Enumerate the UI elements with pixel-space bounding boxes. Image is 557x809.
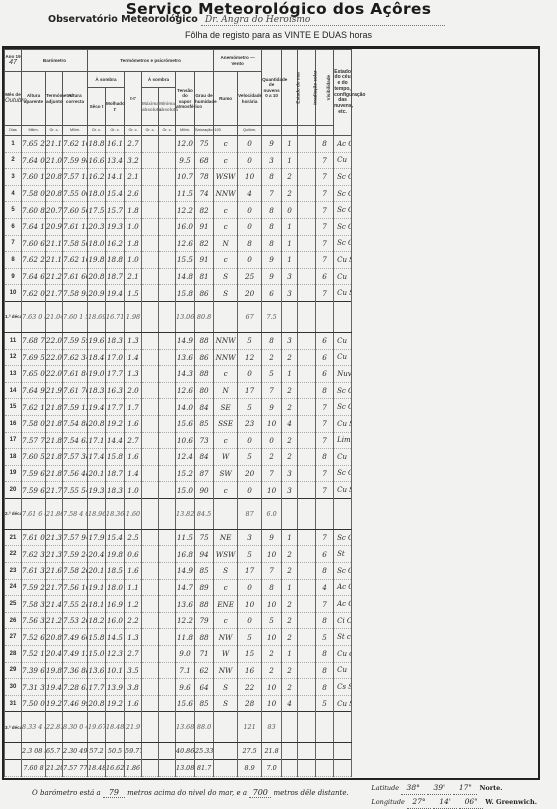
rumo-cell: W <box>214 449 238 466</box>
nuv-cell: 8 <box>262 579 282 596</box>
estado-ceu-header: Estado do céu e do tempo, configuração d… <box>334 50 352 136</box>
irr-cell <box>298 382 316 399</box>
tensao-cell: 12.2 <box>176 612 195 629</box>
sky-remarks-cell: Ac Cu <box>334 596 352 613</box>
alt-cor-cell: 7.58 56 <box>63 235 88 252</box>
sky-remarks-cell: Cu <box>334 268 352 285</box>
observatory-label: Observatório Meteorológico <box>48 14 198 25</box>
day-cell: 10 <box>5 285 22 302</box>
molhado-header: Molhado t' <box>106 88 125 126</box>
sky-remarks-cell: Limpo <box>334 432 352 449</box>
vis-cell: 7 <box>316 415 334 432</box>
tensao-cell: 7.1 <box>176 662 195 679</box>
hum-cell: 91 <box>195 218 214 235</box>
day-cell: 20 <box>5 482 22 499</box>
seco-cell: 18.4 <box>88 349 106 366</box>
empty-cell <box>316 301 334 332</box>
rumo-cell: NW <box>214 662 238 679</box>
empty-cell <box>142 252 159 269</box>
hum-cell: 79 <box>195 612 214 629</box>
mar-cell: 2 <box>282 563 298 580</box>
molh-cell: 10.1 <box>106 662 125 679</box>
empty-cell <box>142 465 159 482</box>
summary-molh: 18.36 <box>106 498 125 529</box>
molh-cell: 19.3 <box>106 218 125 235</box>
humidade-header: Grau de humidade <box>195 72 214 126</box>
term-cell: 19.4 <box>46 679 63 696</box>
tensao-cell: 10.6 <box>176 432 195 449</box>
rumo-cell: NNW <box>214 332 238 349</box>
empty-cell <box>142 152 159 169</box>
alt-ap-cell: 7.64 90 <box>22 382 46 399</box>
nuv-cell: 9 <box>262 399 282 416</box>
vis-cell: 8 <box>316 563 334 580</box>
table-row: 77.60 6021.17.58 5618.016.21.812.682N881… <box>5 235 538 252</box>
summary-label: 1.ª década <box>5 301 22 332</box>
rumo-cell: S <box>214 563 238 580</box>
empty-cell <box>159 136 176 153</box>
sky-remarks-cell: Cu <box>334 349 352 366</box>
vis-cell: 8 <box>316 679 334 696</box>
empty-cell <box>142 268 159 285</box>
summary-vel: 67 <box>238 301 262 332</box>
seco-cell: 17.4 <box>88 449 106 466</box>
alt-ap-cell: 7.58 00 <box>22 185 46 202</box>
irr-cell <box>298 432 316 449</box>
nuv-cell: 10 <box>262 482 282 499</box>
rumo-cell: c <box>214 579 238 596</box>
table-row: 197.59 6021.87.56 4820.118.71.415.287SW2… <box>5 465 538 482</box>
estado-mar-label: Estado do mar <box>295 72 300 104</box>
term-cell: 21.1 <box>46 136 63 153</box>
irr-cell <box>298 235 316 252</box>
vel-cell: 25 <box>238 268 262 285</box>
nuv-cell: 8 <box>262 202 282 219</box>
empty-cell <box>159 579 176 596</box>
molh-cell: 14.5 <box>106 629 125 646</box>
vis-cell: 7 <box>316 432 334 449</box>
empty-cell <box>334 301 352 332</box>
vis-cell: 7 <box>316 465 334 482</box>
day-cell: 6 <box>5 218 22 235</box>
seco-cell: 20.1 <box>88 563 106 580</box>
day-cell: 24 <box>5 579 22 596</box>
alt-ap-cell: 7.59 65 <box>22 482 46 499</box>
empty-cell <box>159 268 176 285</box>
table-row: 177.57 7521.87.54 6317.114.42.710.673c00… <box>5 432 538 449</box>
rumo-cell: SW <box>214 465 238 482</box>
summary-vel: 27.5 <box>238 743 262 760</box>
sky-remarks-cell: Sc Cu <box>334 235 352 252</box>
tensao-cell: 9.6 <box>176 679 195 696</box>
sky-remarks-cell: Sc Cu <box>334 382 352 399</box>
empty-cell <box>142 285 159 302</box>
barometer-text-2: metros acima do nivel do mar, e a <box>127 789 247 797</box>
vis-cell: 7 <box>316 596 334 613</box>
summary-term: 21.86 <box>46 498 63 529</box>
nuv-cell: 0 <box>262 432 282 449</box>
hum-cell: 81 <box>195 268 214 285</box>
sky-remarks-cell: Cu St chuva leve intermitente na 1.ª hor… <box>334 415 352 432</box>
summary-diff: 21.9 <box>125 712 142 743</box>
empty-cell <box>142 612 159 629</box>
empty-cell <box>159 285 176 302</box>
nuv-cell: 7 <box>262 563 282 580</box>
summary-tensao: 13.68 <box>176 712 195 743</box>
empty-cell <box>142 498 159 529</box>
a-sombra-header-2: À sombra <box>142 72 176 88</box>
sky-remarks-cell: Sc Cu <box>334 529 352 546</box>
term-cell: 21.3 <box>46 546 63 563</box>
alt-ap-cell: 7.50 05 <box>22 695 46 712</box>
empty-cell <box>159 529 176 546</box>
vis-cell: 7 <box>316 152 334 169</box>
empty-cell <box>159 546 176 563</box>
vel-cell: 17 <box>238 382 262 399</box>
empty-cell <box>214 760 238 777</box>
vel-cell: 0 <box>238 152 262 169</box>
diff-header: t-t' <box>125 72 142 126</box>
term-cell: 20.8 <box>46 185 63 202</box>
mar-cell: 1 <box>282 252 298 269</box>
empty-cell <box>334 743 352 760</box>
observation-rows: 17.65 2021.17.62 1618.816.12.712.075c091… <box>5 136 538 777</box>
alt-correcta-header: Altura correcta <box>63 72 88 126</box>
day-cell: 2 <box>5 152 22 169</box>
mar-cell: 1 <box>282 366 298 383</box>
irr-cell <box>298 332 316 349</box>
sky-remarks-cell: Cu St chuva leve intermitente depois das… <box>334 252 352 269</box>
hum-cell: 82 <box>195 202 214 219</box>
empty-cell <box>159 646 176 663</box>
table-row: 117.68 7522.07.59 5919.618.31.314.988NNW… <box>5 332 538 349</box>
year-header: Ano 1947 <box>5 50 22 72</box>
rumo-cell: SE <box>214 399 238 416</box>
irr-cell <box>298 415 316 432</box>
unit <box>316 126 334 136</box>
empty-cell <box>142 399 159 416</box>
molh-cell: 18.3 <box>106 332 125 349</box>
visibilidade-label: Visibilidade <box>326 75 331 100</box>
summary-label <box>5 743 22 760</box>
decade-summary-row: 1.ª década7.63 0 8521.047.60 1 5918.6916… <box>5 301 538 332</box>
vel-cell: 0 <box>238 366 262 383</box>
nuv-cell: 8 <box>262 332 282 349</box>
hum-cell: 87 <box>195 465 214 482</box>
empty-cell <box>298 743 316 760</box>
rumo-cell: S <box>214 679 238 696</box>
vel-cell: 20 <box>238 465 262 482</box>
mar-cell: 3 <box>282 465 298 482</box>
alt-ap-cell: 7.61 00 <box>22 529 46 546</box>
mar-cell: 4 <box>282 695 298 712</box>
summary-hum: 81.7 <box>195 760 214 777</box>
irradiacao-label: Irradiação solar <box>313 70 318 104</box>
tensao-header: Tensão do vapor atmosférico <box>176 72 195 126</box>
unit: Milím. <box>63 126 88 136</box>
tensao-cell: 15.0 <box>176 482 195 499</box>
empty-cell <box>159 218 176 235</box>
alt-ap-cell: 7.64 60 <box>22 268 46 285</box>
vel-cell: 16 <box>238 662 262 679</box>
empty-cell <box>298 498 316 529</box>
rumo-cell: WSW <box>214 169 238 186</box>
rumo-cell: S <box>214 695 238 712</box>
mar-cell: 2 <box>282 679 298 696</box>
summary-alt-cor: 7.57 77 <box>63 760 88 777</box>
summary-hum: 25.33 <box>195 743 214 760</box>
summary-nuv: 21.8 <box>262 743 282 760</box>
vis-cell: 7 <box>316 482 334 499</box>
table-row: 97.64 6021.27.61 6020.818.72.114.881S259… <box>5 268 538 285</box>
summary-tensao: 40.86 <box>176 743 195 760</box>
diff-cell: 1.3 <box>125 366 142 383</box>
tensao-cell: 15.2 <box>176 465 195 482</box>
alt-cor-cell: 7.58 26 <box>63 563 88 580</box>
tensao-cell: 14.0 <box>176 399 195 416</box>
molh-cell: 13.4 <box>106 152 125 169</box>
sky-remarks-cell: Cu St chuva leve intermitente com exalaç… <box>334 482 352 499</box>
alt-ap-cell: 7.52 65 <box>22 629 46 646</box>
vis-cell: 6 <box>316 332 334 349</box>
alt-cor-cell: 7.60 56 <box>63 202 88 219</box>
seco-cell: 18.0 <box>88 235 106 252</box>
empty-cell <box>159 399 176 416</box>
table-row: 67.64 1520.97.61 1320.319.31.016.091c081… <box>5 218 538 235</box>
unit: Gr. c. <box>125 126 142 136</box>
vis-cell: 8 <box>316 449 334 466</box>
seco-cell: 20.3 <box>88 218 106 235</box>
summary-diff: 1.86 <box>125 760 142 777</box>
sheet-subtitle: Fôlha de registo para as VINTE E DUAS ho… <box>0 30 557 40</box>
empty-cell <box>142 349 159 366</box>
table-row: 247.59 2021.77.56 1019.118.01.114.789c08… <box>5 579 538 596</box>
summary-molh: 16.71 <box>106 301 125 332</box>
vis-cell: 8 <box>316 382 334 399</box>
day-cell: 1 <box>5 136 22 153</box>
empty-cell <box>334 760 352 777</box>
empty-cell <box>142 366 159 383</box>
table-row: 107.62 0521.77.58 9520.919.41.515.886S20… <box>5 285 538 302</box>
units-row: Dias Milím. Gr. c. Milím. Gr. c. Gr. c. … <box>5 126 538 136</box>
rumo-cell: c <box>214 252 238 269</box>
barometer-note: O barómetro está a 79 metros acima do ni… <box>32 788 349 798</box>
term-cell: 21.0 <box>46 152 63 169</box>
seco-cell: 20.4 <box>88 546 106 563</box>
day-cell: 12 <box>5 349 22 366</box>
molh-cell: 13.9 <box>106 679 125 696</box>
alt-ap-cell: 7.58 00 <box>22 415 46 432</box>
summary-alt-cor: 7.60 1 59 <box>63 301 88 332</box>
vel-cell: 17 <box>238 563 262 580</box>
term-cell: 21.8 <box>46 449 63 466</box>
molh-cell: 18.5 <box>106 563 125 580</box>
summary-diff: 1.60 <box>125 498 142 529</box>
day-cell: 9 <box>5 268 22 285</box>
nuv-cell: 10 <box>262 415 282 432</box>
estado-mar-header: Estado do mar <box>282 50 298 126</box>
diff-cell: 2.7 <box>125 136 142 153</box>
empty-cell <box>159 152 176 169</box>
table-row: 57.60 8520.77.60 5617.515.71.812.282c080… <box>5 202 538 219</box>
diff-cell: 0.6 <box>125 546 142 563</box>
mar-cell: 2 <box>282 432 298 449</box>
empty-cell <box>298 301 316 332</box>
irr-cell <box>298 662 316 679</box>
hum-cell: 94 <box>195 546 214 563</box>
sky-remarks-cell: Cu <box>334 332 352 349</box>
alt-ap-cell: 7.61 35 <box>22 563 46 580</box>
alt-cor-cell: 7.56 48 <box>63 465 88 482</box>
table-row: 237.61 3521.67.58 2620.118.51.614.985S17… <box>5 563 538 580</box>
day-cell: 25 <box>5 596 22 613</box>
empty-cell <box>142 563 159 580</box>
empty-cell <box>142 662 159 679</box>
term-cell: 21.7 <box>46 285 63 302</box>
term-cell: 20.8 <box>46 169 63 186</box>
vel-cell: 10 <box>238 596 262 613</box>
sky-remarks-cell: Sc Cu <box>334 185 352 202</box>
hum-cell: 74 <box>195 185 214 202</box>
rumo-cell: c <box>214 432 238 449</box>
nuv-cell: 8 <box>262 218 282 235</box>
vel-cell: 0 <box>238 218 262 235</box>
vel-cell: 0 <box>238 482 262 499</box>
table-row: 287.52 1520.47.49 1215.012.32.79.071W152… <box>5 646 538 663</box>
sky-remarks-cell: Ac Cu chuviscos fracos de chuva <box>334 136 352 153</box>
mar-cell: 1 <box>282 218 298 235</box>
nuv-cell: 2 <box>262 449 282 466</box>
nuvens-header: Quantidade de nuvens 0 a 10 <box>262 50 282 126</box>
molh-cell: 19.8 <box>106 546 125 563</box>
term-cell: 19.2 <box>46 695 63 712</box>
seco-cell: 13.6 <box>88 662 106 679</box>
table-row: 257.58 3521.47.55 2818.116.91.213.688ENE… <box>5 596 538 613</box>
term-cell: 21.9 <box>46 382 63 399</box>
year-value: 47 <box>9 59 17 66</box>
unit: Gr. c. <box>106 126 125 136</box>
alt-cor-cell: 7.62 34 <box>63 349 88 366</box>
vel-cell: 15 <box>238 646 262 663</box>
molh-cell: 16.2 <box>106 235 125 252</box>
empty-cell <box>159 252 176 269</box>
irr-cell <box>298 629 316 646</box>
molh-cell: 18.0 <box>106 579 125 596</box>
nuv-cell: 10 <box>262 679 282 696</box>
empty-cell <box>142 760 159 777</box>
empty-cell <box>142 646 159 663</box>
mar-cell: 3 <box>282 268 298 285</box>
irr-cell <box>298 563 316 580</box>
molh-cell: 16.1 <box>106 136 125 153</box>
empty-cell <box>142 482 159 499</box>
nuv-cell: 7 <box>262 185 282 202</box>
term-cell: 21.2 <box>46 612 63 629</box>
table-row: 137.65 0022.07.61 8419.017.71.314.388c05… <box>5 366 538 383</box>
seco-cell: 20.1 <box>88 465 106 482</box>
diff-cell: 1.4 <box>125 349 142 366</box>
alt-ap-cell: 7.69 50 <box>22 349 46 366</box>
summary-label: 3.ª década <box>5 712 22 743</box>
sky-remarks-cell: Sc Cu chuviscos fracos de chuva <box>334 169 352 186</box>
sky-remarks-cell: Cu <box>334 449 352 466</box>
nuv-cell: 10 <box>262 596 282 613</box>
table-row: 307.31 3519.47.28 6317.713.93.89.664S221… <box>5 679 538 696</box>
molh-cell: 15.7 <box>106 202 125 219</box>
diff-cell: 1.0 <box>125 252 142 269</box>
table-row: 157.62 1521.87.59 1219.417.71.714.084SE5… <box>5 399 538 416</box>
seco-cell: 19.1 <box>88 579 106 596</box>
irr-cell <box>298 679 316 696</box>
summary-vel: 121 <box>238 712 262 743</box>
irr-cell <box>298 202 316 219</box>
hum-cell: 75 <box>195 529 214 546</box>
alt-cor-cell: 7.36 88 <box>63 662 88 679</box>
vis-cell: 7 <box>316 235 334 252</box>
unit: Saturação=100 <box>195 126 214 136</box>
empty-cell <box>142 332 159 349</box>
seco-cell: 15.0 <box>88 646 106 663</box>
irr-cell <box>298 285 316 302</box>
alt-cor-cell: 7.62 16 <box>63 136 88 153</box>
empty-cell <box>316 498 334 529</box>
rumo-cell: S <box>214 285 238 302</box>
vis-cell: 7 <box>316 218 334 235</box>
mar-cell: 1 <box>282 235 298 252</box>
day-cell: 27 <box>5 629 22 646</box>
tensao-cell: 14.3 <box>176 366 195 383</box>
hum-cell: 86 <box>195 285 214 302</box>
irr-cell <box>298 449 316 466</box>
empty-cell <box>142 382 159 399</box>
empty-cell <box>142 579 159 596</box>
diff-cell: 1.6 <box>125 415 142 432</box>
vis-cell: 4 <box>316 579 334 596</box>
alt-cor-cell: 7.59 12 <box>63 399 88 416</box>
alt-ap-cell: 7.68 75 <box>22 332 46 349</box>
observatory-line: Observatório Meteorológico Dr. Angra do … <box>48 14 445 26</box>
vis-cell: 8 <box>316 136 334 153</box>
alt-cor-cell: 7.57 15 <box>63 169 88 186</box>
hum-cell: 84 <box>195 399 214 416</box>
diff-cell: 2.7 <box>125 432 142 449</box>
alt-ap-cell: 7.39 65 <box>22 662 46 679</box>
rumo-cell: S <box>214 268 238 285</box>
molh-cell: 19.2 <box>106 695 125 712</box>
molh-cell: 14.4 <box>106 432 125 449</box>
summary-term: 21.20 <box>46 760 63 777</box>
diff-cell: 3.2 <box>125 152 142 169</box>
summary-alt-ap: 7.60 8 <box>22 760 46 777</box>
days-label: Dias <box>5 126 22 136</box>
sky-remarks-cell: Sc Cu <box>334 202 352 219</box>
seco-cell: 20.8 <box>88 695 106 712</box>
irr-cell <box>298 546 316 563</box>
unit: Gr. c. <box>46 126 63 136</box>
longitude-seconds: 06" <box>459 795 483 809</box>
longitude-direction: W. Greenwich. <box>485 798 537 806</box>
alt-ap-cell: 7.62 20 <box>22 252 46 269</box>
empty-cell <box>214 301 238 332</box>
seco-header: Sêco t <box>88 88 106 126</box>
hum-cell: 90 <box>195 482 214 499</box>
latitude-label: Latitude <box>371 784 399 792</box>
seco-cell: 15.8 <box>88 629 106 646</box>
vel-cell: 5 <box>238 332 262 349</box>
vis-cell: 7 <box>316 169 334 186</box>
diff-cell: 1.8 <box>125 235 142 252</box>
observation-table: Ano 1947 Barómetro Termómetros e psicróm… <box>4 49 538 777</box>
